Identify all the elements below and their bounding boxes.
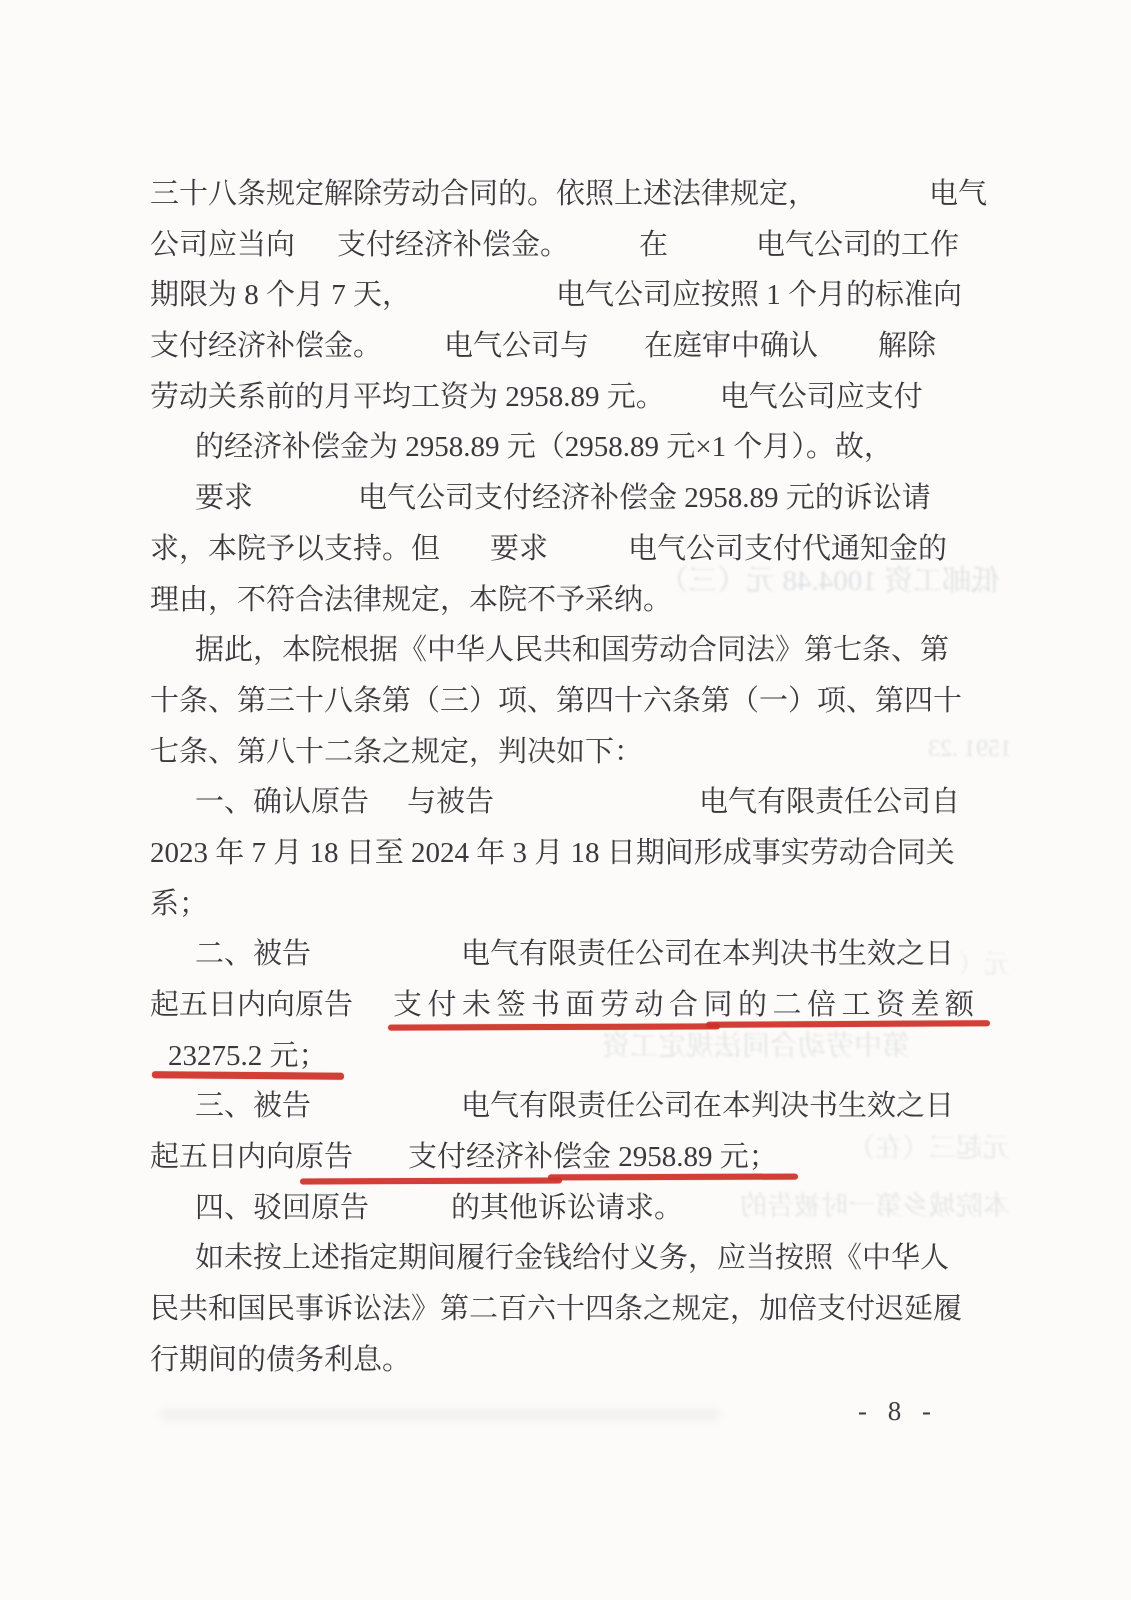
text-segment: 三十八条规定解除劳动合同的。依照上述法律规定， <box>150 169 817 220</box>
text-line: 据此，本院根据《中华人民共和国劳动合同法》第七条、第 <box>150 625 1031 676</box>
text-segment: 三、被告 <box>195 1081 311 1132</box>
text-segment: 民共和国民事诉讼法》第二百六十四条之规定，加倍支付迟延履 <box>150 1284 962 1335</box>
redacted-name-gap <box>817 202 929 203</box>
text-segment: 电气公司支付代通知金的 <box>628 524 947 575</box>
text-line: 一、确认原告与被告电气有限责任公司自 <box>150 777 1031 828</box>
page-content: 三十八条规定解除劳动合同的。依照上述法律规定，电气公司应当向支付经济补偿金。在电… <box>150 169 1031 1386</box>
text-segment: 系； <box>150 879 208 930</box>
text-segment: 的其他诉讼请求。 <box>451 1183 683 1234</box>
text-segment: 电气公司的工作 <box>756 220 959 271</box>
text-line: 要求电气公司支付经济补偿金 2958.89 元的诉讼请 <box>150 473 1031 524</box>
text-segment: 行期间的债务利息。 <box>150 1335 411 1386</box>
text-segment: 据此，本院根据《中华人民共和国劳动合同法》第七条、第 <box>195 625 949 676</box>
text-line: 七条、第八十二条之规定，判决如下： <box>150 727 1031 778</box>
red-underline <box>300 1178 562 1185</box>
text-line: 三、被告电气有限责任公司在本判决书生效之日 <box>150 1081 1031 1132</box>
redacted-name-gap <box>411 303 556 304</box>
text-segment: 求，本院予以支持。但 <box>150 524 440 575</box>
text-segment: 的经济补偿金为 2958.89 元（2958.89 元×1 个月）。故， <box>195 422 893 473</box>
text-segment: 在 <box>639 220 668 271</box>
text-segment: 电气有限责任公司在本判决书生效之日 <box>461 929 954 980</box>
text-segment: 公司应当向 <box>150 220 295 271</box>
text-segment: 电气公司支付经济补偿金 2958.89 元的诉讼请 <box>358 473 931 524</box>
text-line: 的经济补偿金为 2958.89 元（2958.89 元×1 个月）。故， <box>150 422 1031 473</box>
redacted-name-gap <box>311 1114 461 1115</box>
text-line: 公司应当向支付经济补偿金。在电气公司的工作 <box>150 220 1031 271</box>
redacted-name-gap <box>494 810 699 811</box>
text-line: 支付经济补偿金。电气公司与在庭审中确认解除 <box>150 321 1031 372</box>
text-segment: 起五日内向原告 <box>150 980 353 1031</box>
redacted-name-gap <box>369 810 407 811</box>
text-line: 期限为 8 个月 7 天，电气公司应按照 1 个月的标准向 <box>150 270 1031 321</box>
text-segment: 支付经济补偿金。 <box>150 321 382 372</box>
text-segment: 期限为 8 个月 7 天， <box>150 270 411 321</box>
text-line: 四、驳回原告的其他诉讼请求。 <box>150 1183 1031 1234</box>
text-line: 系； <box>150 879 1031 930</box>
text-segment: 电气有限责任公司在本判决书生效之日 <box>461 1081 954 1132</box>
text-segment: 解除 <box>878 321 936 372</box>
red-underline <box>548 1174 798 1181</box>
text-segment: 劳动关系前的月平均工资为 2958.89 元。 <box>150 372 665 423</box>
page-number: - 8 - <box>858 1396 938 1427</box>
text-segment: 电气公司与 <box>444 321 589 372</box>
text-segment: 2023 年 7 月 18 日至 2024 年 3 月 18 日期间形成事实劳动… <box>150 828 955 879</box>
text-line: 求，本院予以支持。但要求电气公司支付代通知金的 <box>150 524 1031 575</box>
redacted-name-gap <box>382 354 444 355</box>
text-segment: 起五日内向原告 <box>150 1132 353 1183</box>
text-segment: 电气公司应按照 1 个月的标准向 <box>556 270 962 321</box>
red-underline <box>388 1023 720 1030</box>
text-segment: 二、被告 <box>195 929 311 980</box>
text-line: 如未按上述指定期间履行金钱给付义务，应当按照《中华人 <box>150 1233 1031 1284</box>
text-line: 行期间的债务利息。 <box>150 1335 1031 1386</box>
redacted-name-gap <box>353 1013 393 1014</box>
text-line: 劳动关系前的月平均工资为 2958.89 元。电气公司应支付 <box>150 372 1031 423</box>
redacted-name-gap <box>548 557 628 558</box>
text-segment: 电气 <box>929 169 987 220</box>
redacted-name-gap <box>569 253 639 254</box>
redacted-name-gap <box>295 253 337 254</box>
text-segment: 在庭审中确认 <box>644 321 818 372</box>
text-line: 十条、第三十八条第（三）项、第四十六条第（一）项、第四十 <box>150 676 1031 727</box>
redacted-name-gap <box>818 354 878 355</box>
text-segment: 支付经济补偿金。 <box>337 220 569 271</box>
redacted-name-gap <box>353 1165 408 1166</box>
redacted-name-gap <box>665 405 720 406</box>
text-segment: 七条、第八十二条之规定，判决如下： <box>150 727 643 778</box>
redacted-name-gap <box>440 557 490 558</box>
text-line: 2023 年 7 月 18 日至 2024 年 3 月 18 日期间形成事实劳动… <box>150 828 1031 879</box>
redacted-name-gap <box>253 506 358 507</box>
text-segment: 理由，不符合法律规定，本院不予采纳。 <box>150 575 672 626</box>
text-segment: 电气有限责任公司自 <box>699 777 960 828</box>
text-line: 理由，不符合法律规定，本院不予采纳。 <box>150 575 1031 626</box>
redacted-name-gap <box>369 1216 451 1217</box>
scan-smudge <box>160 1408 720 1421</box>
text-segment: 与被告 <box>407 777 494 828</box>
redacted-name-gap <box>589 354 644 355</box>
text-segment: 要求 <box>490 524 548 575</box>
text-segment: 如未按上述指定期间履行金钱给付义务，应当按照《中华人 <box>195 1233 949 1284</box>
redacted-name-gap <box>668 253 756 254</box>
text-segment: 一、确认原告 <box>195 777 369 828</box>
text-line: 民共和国民事诉讼法》第二百六十四条之规定，加倍支付迟延履 <box>150 1284 1031 1335</box>
text-segment: 四、驳回原告 <box>195 1183 369 1234</box>
redacted-name-gap <box>311 962 461 963</box>
text-segment: 电气公司应支付 <box>720 372 923 423</box>
text-segment: 十条、第三十八条第（三）项、第四十六条第（一）项、第四十 <box>150 676 962 727</box>
text-segment: 要求 <box>195 473 253 524</box>
document-page: 三十八条规定解除劳动合同的。依照上述法律规定，电气公司应当向支付经济补偿金。在电… <box>0 0 1131 1600</box>
text-line: 三十八条规定解除劳动合同的。依照上述法律规定，电气 <box>150 169 1031 220</box>
text-line: 二、被告电气有限责任公司在本判决书生效之日 <box>150 929 1031 980</box>
